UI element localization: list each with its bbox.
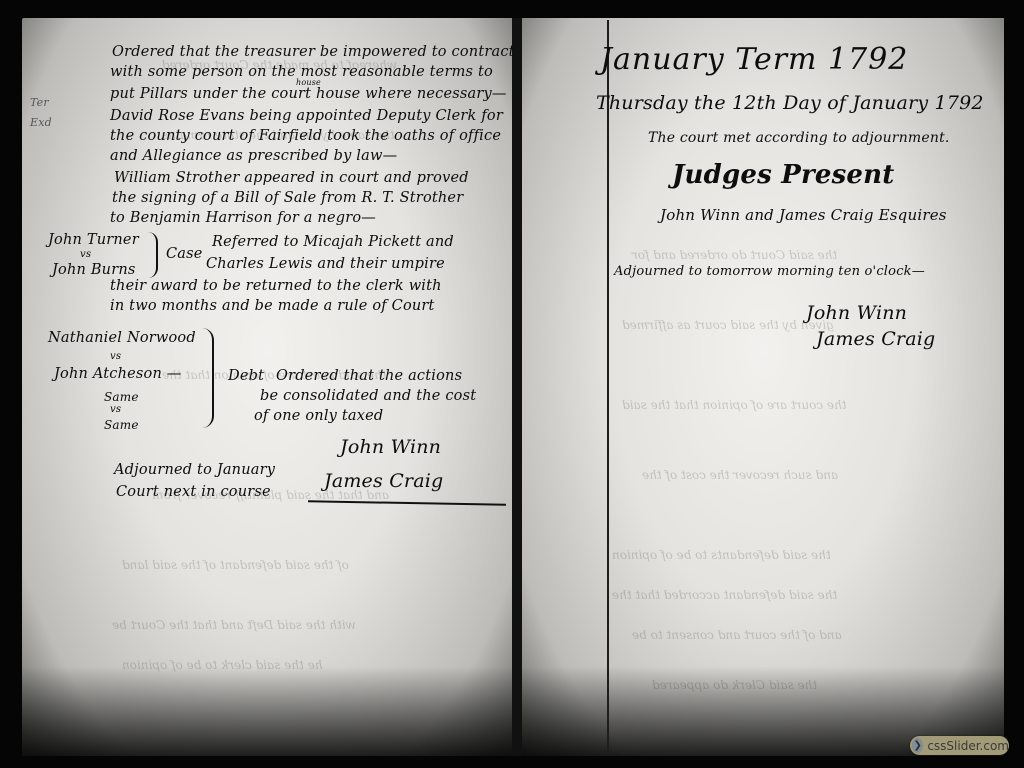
right-page: the said Court do ordered and for given … bbox=[522, 18, 1004, 756]
page-heading: January Term 1792 bbox=[600, 42, 908, 77]
judges-names: John Winn and James Craig Esquires bbox=[660, 206, 947, 224]
signature: John Winn bbox=[806, 302, 907, 324]
signature: James Craig bbox=[324, 470, 443, 492]
versus: vs bbox=[110, 351, 121, 362]
entry-line: put Pillars under the court house where … bbox=[110, 86, 507, 102]
entry-line: be consolidated and the cost bbox=[260, 388, 476, 404]
party-name: Same bbox=[104, 418, 139, 432]
entry-line: the county court of Fairfield took the o… bbox=[110, 128, 501, 144]
entry-line: in two months and be made a rule of Cour… bbox=[110, 298, 435, 314]
signature: John Winn bbox=[340, 436, 441, 458]
cssslider-watermark-link[interactable]: ❯ cssSlider.com bbox=[910, 736, 1009, 755]
judges-heading: Judges Present bbox=[672, 160, 894, 190]
versus: vs bbox=[110, 404, 121, 415]
party-name: John Turner bbox=[48, 232, 139, 248]
case-type: Case bbox=[166, 246, 203, 262]
bracket bbox=[148, 232, 158, 278]
adjournment-note: Adjourned to tomorrow morning ten o'cloc… bbox=[614, 264, 925, 279]
adjournment-note: Court next in course bbox=[116, 484, 271, 500]
entry-line: William Strother appeared in court and p… bbox=[114, 170, 469, 186]
party-name: Same bbox=[104, 390, 139, 404]
intro-line: The court met according to adjournment. bbox=[648, 130, 950, 146]
margin-rule bbox=[607, 20, 609, 756]
entry-line: Ordered that the treasurer be impowered … bbox=[112, 44, 515, 60]
entry-line: the signing of a Bill of Sale from R. T.… bbox=[112, 190, 463, 206]
party-name: Nathaniel Norwood bbox=[48, 330, 196, 346]
entry-line: Charles Lewis and their umpire bbox=[206, 256, 445, 272]
entry-line: Ordered that the actions bbox=[276, 368, 462, 384]
party-name: John Atcheson — bbox=[54, 366, 182, 382]
entry-line: David Rose Evans being appointed Deputy … bbox=[110, 108, 503, 124]
margin-note: Exd bbox=[30, 116, 52, 129]
versus: vs bbox=[80, 249, 91, 260]
page-shadow bbox=[22, 666, 514, 756]
case-type: Debt bbox=[228, 368, 264, 384]
entry-line: to Benjamin Harrison for a negro— bbox=[110, 210, 376, 226]
entry-line: and Allegiance as prescribed by law— bbox=[110, 148, 397, 164]
margin-note: Ter bbox=[30, 96, 49, 109]
entry-line: of one only taxed bbox=[254, 408, 383, 424]
bracket bbox=[200, 328, 214, 428]
entry-line: Referred to Micajah Pickett and bbox=[212, 234, 454, 250]
party-name: John Burns bbox=[52, 262, 136, 278]
signature: James Craig bbox=[816, 328, 935, 350]
chevron-right-icon: ❯ bbox=[912, 738, 923, 753]
date-line: Thursday the 12th Day of January 1792 bbox=[596, 92, 984, 114]
book-gutter bbox=[512, 18, 522, 756]
watermark-label: cssSlider.com bbox=[927, 739, 1009, 753]
adjournment-note: Adjourned to January bbox=[114, 462, 275, 478]
entry-line: their award to be returned to the clerk … bbox=[110, 278, 442, 294]
